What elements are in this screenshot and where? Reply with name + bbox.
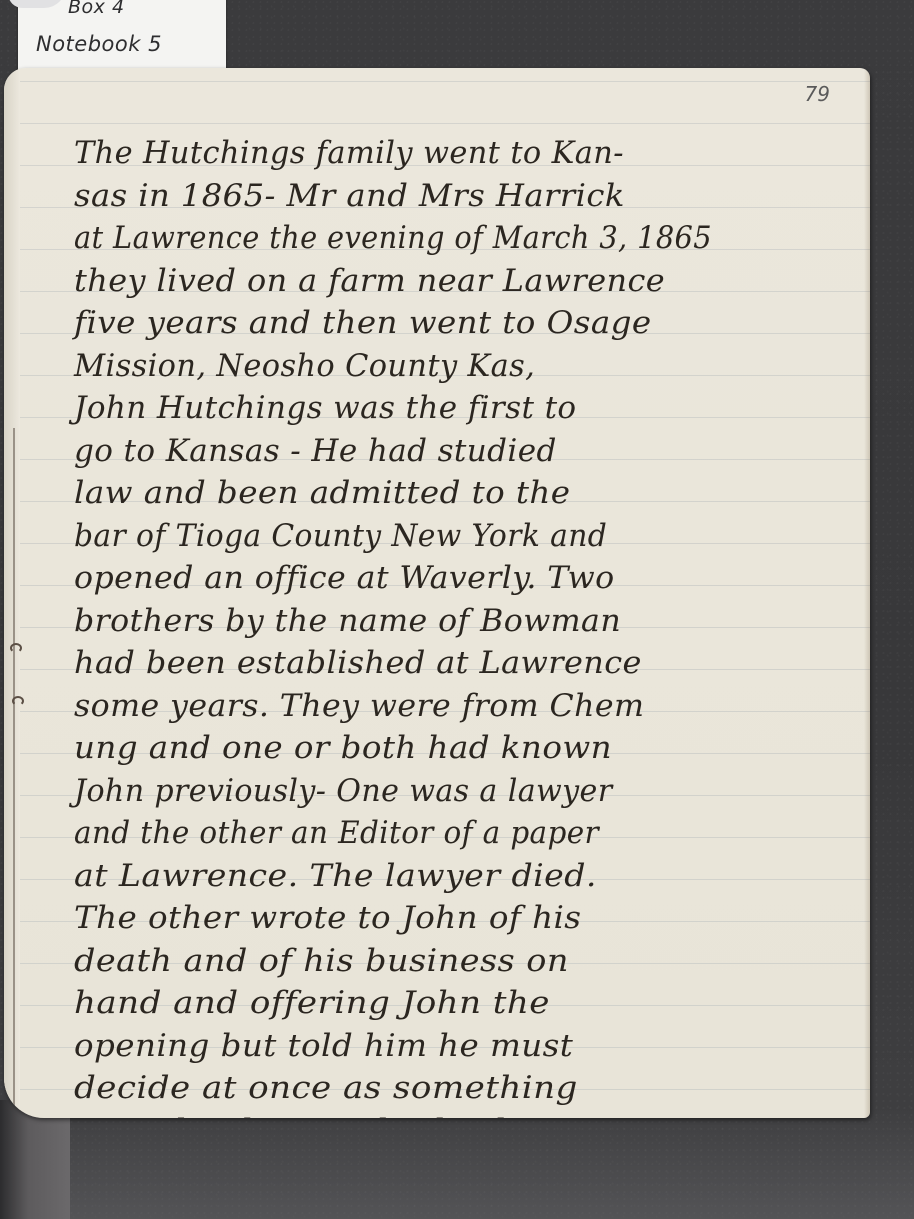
manuscript-line: go to Kansas - He had studied <box>74 430 864 473</box>
page-binding <box>4 68 20 1118</box>
manuscript-line: five years and then went to Osage <box>74 302 870 345</box>
manuscript-line: decide at once as something <box>74 1067 870 1110</box>
binding-thread <box>12 696 24 706</box>
manuscript-line: The other wrote to John of his <box>74 897 870 940</box>
manuscript-line: death and of his business on <box>74 940 870 983</box>
label-box-number: Box 4 <box>68 0 125 18</box>
binding-thread <box>10 643 22 653</box>
manuscript-line: had been established at Lawrence <box>74 642 870 685</box>
handwritten-text: The Hutchings family went to Kan- sas in… <box>74 132 864 1118</box>
manuscript-line: law and been admitted to the <box>74 472 870 515</box>
manuscript-line: must be done. John broke <box>74 1110 870 1119</box>
manuscript-line: Mission, Neosho County Kas, <box>74 345 848 388</box>
label-notebook-number: Notebook 5 <box>36 32 162 56</box>
page-number: 79 <box>805 82 830 106</box>
manuscript-line: at Lawrence the evening of March 3, 1865 <box>74 217 809 260</box>
manuscript-line: sas in 1865- Mr and Mrs Harrick <box>74 175 870 218</box>
manuscript-line: brothers by the name of Bowman <box>74 600 870 643</box>
manuscript-line: and the other an Editor of a paper <box>74 812 825 855</box>
manuscript-line: hand and offering John the <box>74 982 870 1025</box>
glove-fingertip <box>8 0 66 8</box>
manuscript-line: John previously- One was a lawyer <box>74 770 840 813</box>
manuscript-line: they lived on a farm near Lawrence <box>74 260 870 303</box>
manuscript-line: some years. They were from Chem <box>74 685 870 728</box>
binding-stitch-line <box>13 428 15 1118</box>
manuscript-line: John Hutchings was the first to <box>74 387 864 430</box>
manuscript-line: opening but told him he must <box>74 1025 870 1068</box>
notebook-page: 79 The Hutchings family went to Kan- sas… <box>4 68 870 1118</box>
manuscript-line: The Hutchings family went to Kan- <box>74 132 848 175</box>
archival-label: Box 4 Notebook 5 <box>18 0 226 74</box>
manuscript-line: at Lawrence. The lawyer died. <box>74 855 870 898</box>
manuscript-line: opened an office at Waverly. Two <box>74 557 870 600</box>
background-glare <box>0 1109 914 1219</box>
manuscript-line: ung and one or both had known <box>74 727 870 770</box>
manuscript-line: bar of Tioga County New York and <box>74 515 832 558</box>
